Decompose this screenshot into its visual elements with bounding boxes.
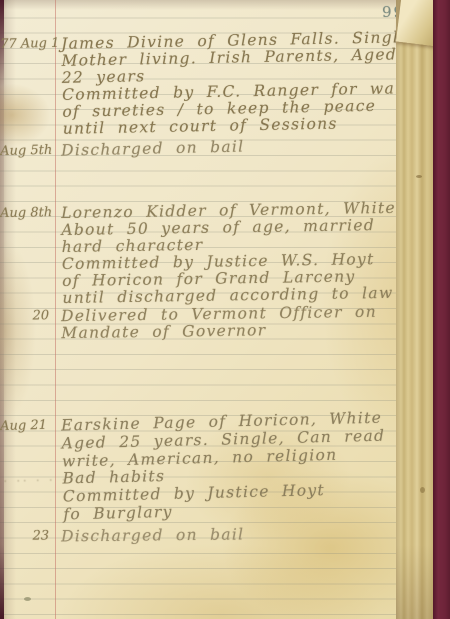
ledger-entry-james-divine: 77 Aug 1 James Divine of Glens Falls. Si… bbox=[0, 29, 415, 139]
handwritten-line: Discharged on bail bbox=[61, 526, 244, 545]
entry-text: Earskine Page of Horicon, WhiteAged 25 y… bbox=[61, 409, 415, 524]
ledger-entry-earskine-page: Aug 21 · ·· · · · Earskine Page of Horic… bbox=[0, 409, 415, 526]
entry-margin-date: Aug 8th bbox=[0, 205, 56, 221]
entry-text: Lorenzo Kidder of Vermont, WhiteAbout 50… bbox=[61, 200, 397, 308]
entry-margin-date: 23 bbox=[0, 528, 56, 544]
entry-text: Delivered to Vermont Officer onMandate o… bbox=[61, 304, 377, 343]
entry-margin-date: Aug 5th bbox=[0, 143, 56, 159]
page-edge-shading bbox=[396, 0, 433, 619]
ledger-page-scan: 99 77 Aug 1 James Divine of Glens Falls.… bbox=[0, 0, 450, 619]
entry-margin-date: Aug 21 bbox=[0, 418, 56, 434]
entry-margin-date: 77 Aug 1 bbox=[0, 36, 56, 52]
ledger-entry-discharge-aug23: 23 Discharged on bail bbox=[0, 526, 244, 546]
maroon-book-cover-edge bbox=[433, 0, 450, 619]
ink-speck bbox=[24, 597, 31, 601]
illegible-margin-note: · ·· · · · bbox=[3, 473, 68, 488]
entry-text: Discharged on bail bbox=[61, 526, 244, 545]
entry-text: James Divine of Glens Falls. SingleMothe… bbox=[61, 29, 415, 138]
ink-speck bbox=[420, 487, 425, 493]
ledger-entry-lorenzo-kidder: Aug 8th Lorenzo Kidder of Vermont, White… bbox=[0, 200, 397, 309]
entry-margin-date: 20 bbox=[0, 308, 56, 324]
ink-speck bbox=[416, 175, 422, 178]
ledger-entry-delivered-vermont: 20 Delivered to Vermont Officer onMandat… bbox=[0, 304, 377, 343]
